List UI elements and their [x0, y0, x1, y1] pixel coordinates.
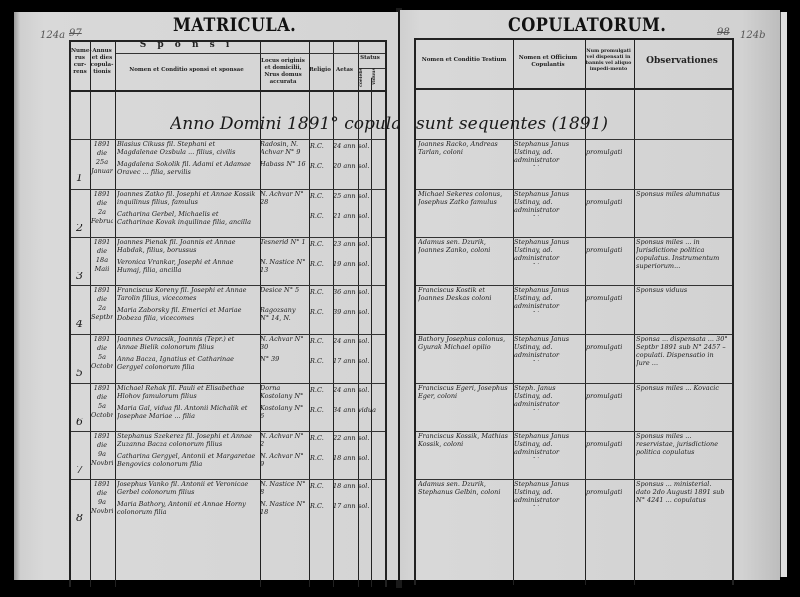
header-observationes: Observationes: [634, 58, 730, 65]
copulans-name: Stephanus Janus Ustinay, ad. administrat…: [514, 238, 582, 264]
locus-sponsus: N. Achvar N° 30: [260, 335, 306, 351]
religio-sponsus: R.C.: [310, 192, 330, 200]
entry-date: die: [91, 344, 113, 352]
entry-number: 7: [76, 466, 88, 474]
aetas-sponsa: 21 annor.: [333, 212, 356, 220]
entry-date: 1891: [91, 190, 113, 198]
aetas-sponsus: 25 annor.: [333, 192, 356, 200]
entry-date: 5a: [91, 402, 113, 410]
status-sponsus: sol.: [358, 192, 370, 200]
entry-number: 1: [76, 174, 88, 182]
religio-sponsa: R.C.: [310, 502, 330, 510]
entry-date: 1891: [91, 432, 113, 440]
religio-sponsus: R.C.: [310, 142, 330, 150]
entry-date: Novbris: [91, 459, 113, 467]
header-nomen-sponsi: Nomen et Conditio sponsi et sponsae: [115, 67, 258, 74]
sponsus-name: Joannes Pienak fil. Joannis et Annae Hab…: [117, 238, 257, 254]
status-sponsa: sol.: [358, 308, 382, 316]
religio-sponsa: R.C.: [310, 406, 330, 414]
copulans-name: Stephanus Janus Ustinay, ad. administrat…: [514, 286, 582, 312]
religio-sponsa: R.C.: [310, 308, 330, 316]
status-sponsus: sol.: [358, 142, 370, 150]
sponsa-name: Magdalena Sokolik fil. Adami et Adamae O…: [117, 160, 257, 176]
header-aetas: Aetas: [332, 67, 357, 74]
locus-sponsa: N. Nastice N° 13: [260, 258, 306, 274]
entry-number: 5: [76, 369, 88, 377]
religio-sponsa: R.C.: [310, 357, 330, 365]
religio-sponsa: R.C.: [310, 162, 330, 170]
entry-date: 1891: [91, 286, 113, 294]
sponsa-name: Maria Zaborsky fil. Emerici et Mariae Do…: [117, 306, 257, 322]
locus-sponsus: Dorna Kostolany N° 22: [260, 384, 306, 400]
status-sponsus: sol.: [358, 337, 370, 345]
testes-names: Franciscus Kostik et Joannes Deskas colo…: [418, 286, 510, 312]
header-sponsi: S p o n s i: [115, 42, 258, 49]
entry-date: 18a: [91, 256, 113, 264]
testes-names: Adamus sen. Dzurik, Joannes Zanko, colon…: [418, 238, 510, 264]
observationes-text: Sponsus ... ministerial. dato 2do August…: [636, 480, 728, 520]
locus-sponsa: N° 39: [260, 355, 306, 371]
header-annus: Annus et dies copula-tionis: [90, 48, 114, 76]
entry-date: Maii: [91, 265, 113, 273]
religio-sponsus: R.C.: [310, 240, 330, 248]
status-sponsus: sol.: [358, 240, 370, 248]
entry-date: 1891: [91, 335, 113, 343]
entry-number: 3: [76, 272, 88, 280]
promulgati-status: promulgati: [586, 392, 632, 400]
entry-date: Octobris: [91, 411, 113, 419]
sponsus-name: Franciscus Koreny fil. Josephi et Annae …: [117, 286, 257, 302]
religio-sponsa: R.C.: [310, 260, 330, 268]
aetas-sponsus: 22 annor.: [333, 434, 356, 442]
aetas-sponsus: 36 annor.: [333, 288, 356, 296]
locus-sponsus: Radosin, N. Achvar N° 9: [260, 140, 306, 156]
entry-date: die: [91, 149, 113, 157]
promulgati-status: promulgati: [586, 343, 632, 351]
header-coelebs: coelebs: [358, 68, 370, 87]
aetas-sponsus: 23 annor.: [333, 240, 356, 248]
entry-date: 1891: [91, 384, 113, 392]
sponsus-name: Blasius Cikuss fil. Stephani et Magdalen…: [117, 140, 257, 156]
aetas-sponsa: 18 annor.: [333, 454, 356, 462]
folio-number-left: 124a: [40, 30, 65, 41]
promulgati-status: promulgati: [586, 294, 632, 302]
aetas-sponsa: 34 annor.: [333, 406, 356, 414]
entry-date: 1891: [91, 140, 113, 148]
promulgati-status: promulgati: [586, 246, 632, 254]
entry-date: Septbris: [91, 313, 113, 321]
promulgati-status: promulgati: [586, 488, 632, 496]
folio-number-right-struck: 98: [717, 27, 730, 38]
entry-date: die: [91, 441, 113, 449]
heading-line-left: Anno Domini 1891° copulati: [170, 115, 414, 133]
entry-date: Februar: [91, 217, 113, 225]
aetas-sponsa: 17 annor.: [333, 502, 356, 510]
header-nomen-testium: Nomen et Conditio Testium: [416, 57, 512, 64]
right-page-title: COPULATORUM.: [508, 14, 666, 36]
promulgati-status: promulgati: [586, 440, 632, 448]
religio-sponsa: R.C.: [310, 454, 330, 462]
locus-sponsus: N. Achvar N° 28: [260, 190, 306, 206]
entry-number: 4: [76, 320, 88, 328]
entry-date: die: [91, 199, 113, 207]
observationes-text: Sponsa ... dispensata ... 30° Septbr 189…: [636, 335, 728, 375]
sponsa-name: Catharina Gerbel, Michaelis et Catharina…: [117, 210, 257, 226]
entry-date: 9a: [91, 450, 113, 458]
entry-date: die: [91, 489, 113, 497]
status-sponsa: sol.: [358, 260, 382, 268]
testes-names: Franciscus Kossik, Mathias Kossik, colon…: [418, 432, 510, 458]
testes-names: Franciscus Egeri, Josephus Eger, coloni: [418, 384, 510, 410]
sponsa-name: Veronica Vrankar, Josephi et Annae Humaj…: [117, 258, 257, 274]
aetas-sponsa: 39 annor.: [333, 308, 356, 316]
observationes-text: Sponsus miles ... reservistae, jurisdict…: [636, 432, 728, 472]
observationes-text: Sponsus miles alumnatus: [636, 190, 728, 230]
promulgati-status: promulgati: [586, 148, 632, 156]
header-status: Status: [357, 55, 383, 62]
header-religio: Religio: [308, 67, 332, 74]
entry-number: 6: [76, 418, 88, 426]
locus-sponsa: Ragozsany N° 14, N. Achvar 15: [260, 306, 306, 322]
sponsus-name: Josephus Vanko fil. Antonii et Veronicae…: [117, 480, 257, 496]
locus-sponsa: Habass N° 16: [260, 160, 306, 176]
entry-date: 25a: [91, 158, 113, 166]
header-numerus: Nume-rus cur-rens: [71, 48, 89, 76]
entry-date: 1891: [91, 480, 113, 488]
copulans-name: Stephanus Janus Ustinay, ad. administrat…: [514, 140, 582, 166]
locus-sponsus: N. Nastice N° 8: [260, 480, 306, 496]
status-sponsa: sol.: [358, 162, 382, 170]
testes-names: Bathory Josephus colonus, Gyurak Michael…: [418, 335, 510, 361]
locus-sponsus: Tesnerid N° 1: [260, 238, 306, 254]
testes-names: Michael Sekeres colonus, Josephus Zatko …: [418, 190, 510, 216]
status-sponsa: sol.: [358, 454, 382, 462]
folio-number-left-struck: 97: [69, 28, 82, 39]
copulans-name: Stephanus Janus Ustinay, ad. administrat…: [514, 480, 582, 506]
status-sponsus: sol.: [358, 288, 370, 296]
sponsa-name: Maria Bathory, Antonii et Annae Horny co…: [117, 500, 257, 516]
copulans-name: Stephanus Janus Ustinay, ad. administrat…: [514, 432, 582, 458]
observationes-text: [636, 140, 728, 180]
entry-date: Novbris: [91, 507, 113, 515]
testes-names: Adamus sen. Dzurik, Stephanus Gelbin, co…: [418, 480, 510, 506]
sponsus-name: Joannes Zatko fil. Josephi et Annae Koss…: [117, 190, 257, 206]
religio-sponsus: R.C.: [310, 337, 330, 345]
header-locus: Locus originis et domicilii, Nrus domus …: [259, 58, 307, 86]
copulans-name: Stephanus Janus Ustinay, ad. administrat…: [514, 335, 582, 361]
status-sponsa: vidua: [358, 406, 382, 414]
page-edge: [780, 12, 787, 577]
aetas-sponsus: 24 annor.: [333, 386, 356, 394]
aetas-sponsa: 20 annor.: [333, 162, 356, 170]
entry-date: 9a: [91, 498, 113, 506]
copulans-name: Steph. Janus Ustinay, ad. administrator …: [514, 384, 582, 410]
status-sponsus: sol.: [358, 386, 370, 394]
sponsa-name: Maria Gal, vidua fil. Antonii Michalik e…: [117, 404, 257, 420]
header-nomen-copulantis: Nomen et Officium Copulantis: [513, 55, 583, 69]
entry-date: Januar: [91, 167, 113, 175]
status-sponsus: sol.: [358, 434, 370, 442]
status-sponsa: sol.: [358, 502, 382, 510]
locus-sponsa: Kostolany N° 6: [260, 404, 306, 420]
sponsa-name: Catharina Gergyel, Antonii et Margaretae…: [117, 452, 257, 468]
sponsus-name: Joannes Ovracsik, Joannis (Tepr.) et Ann…: [117, 335, 257, 351]
entry-date: 2a: [91, 208, 113, 216]
heading-line-right: sunt sequentes (1891): [416, 115, 608, 133]
sponsus-name: Michael Rehak fil. Pauli et Elisabethae …: [117, 384, 257, 400]
religio-sponsus: R.C.: [310, 482, 330, 490]
aetas-sponsa: 17 annor.: [333, 357, 356, 365]
aetas-sponsus: 18 annor.: [333, 482, 356, 490]
locus-sponsus: Desice N° 5: [260, 286, 306, 302]
observationes-text: Sponsus viduus: [636, 286, 728, 326]
religio-sponsa: R.C.: [310, 212, 330, 220]
status-sponsus: sol.: [358, 482, 370, 490]
aetas-sponsus: 24 annor.: [333, 142, 356, 150]
entry-number: 2: [76, 224, 88, 232]
entry-date: die: [91, 295, 113, 303]
left-page-title: MATRICULA.: [173, 14, 296, 36]
religio-sponsus: R.C.: [310, 288, 330, 296]
entry-date: Octobris: [91, 362, 113, 370]
status-sponsa: sol.: [358, 357, 382, 365]
entry-date: die: [91, 247, 113, 255]
aetas-sponsus: 24 annor.: [333, 337, 356, 345]
locus-sponsa: [260, 210, 306, 226]
status-sponsa: sol.: [358, 212, 382, 220]
promulgati-status: promulgati: [586, 198, 632, 206]
observationes-text: Sponsus miles ... Kovacic: [636, 384, 728, 424]
entry-date: die: [91, 393, 113, 401]
entry-number: 8: [76, 514, 88, 522]
observationes-text: Sponsus miles ... in Jurisdictione polit…: [636, 238, 728, 278]
religio-sponsus: R.C.: [310, 386, 330, 394]
entry-date: 1891: [91, 238, 113, 246]
header-viduus: viduus: [371, 68, 383, 85]
entry-date: 5a: [91, 353, 113, 361]
locus-sponsa: N. Nastice N° 18: [260, 500, 306, 516]
locus-sponsa: N. Achvar N° 9: [260, 452, 306, 468]
testes-names: Joannes Racko, Andreas Tarlan, coloni: [418, 140, 510, 166]
aetas-sponsa: 19 annor.: [333, 260, 356, 268]
sponsus-name: Stephanus Szekerez fil. Josephi et Annae…: [117, 432, 257, 448]
religio-sponsus: R.C.: [310, 434, 330, 442]
sponsa-name: Anna Bacza, Ignatius et Catharinae Gergy…: [117, 355, 257, 371]
copulans-name: Stephanus Janus Ustinay, ad. administrat…: [514, 190, 582, 216]
locus-sponsus: N. Achvar N° 2: [260, 432, 306, 448]
folio-number-right: 124b: [740, 30, 766, 41]
entry-date: 2a: [91, 304, 113, 312]
header-promulgati: Num promulgati vel dispensati in bannis …: [585, 48, 632, 72]
